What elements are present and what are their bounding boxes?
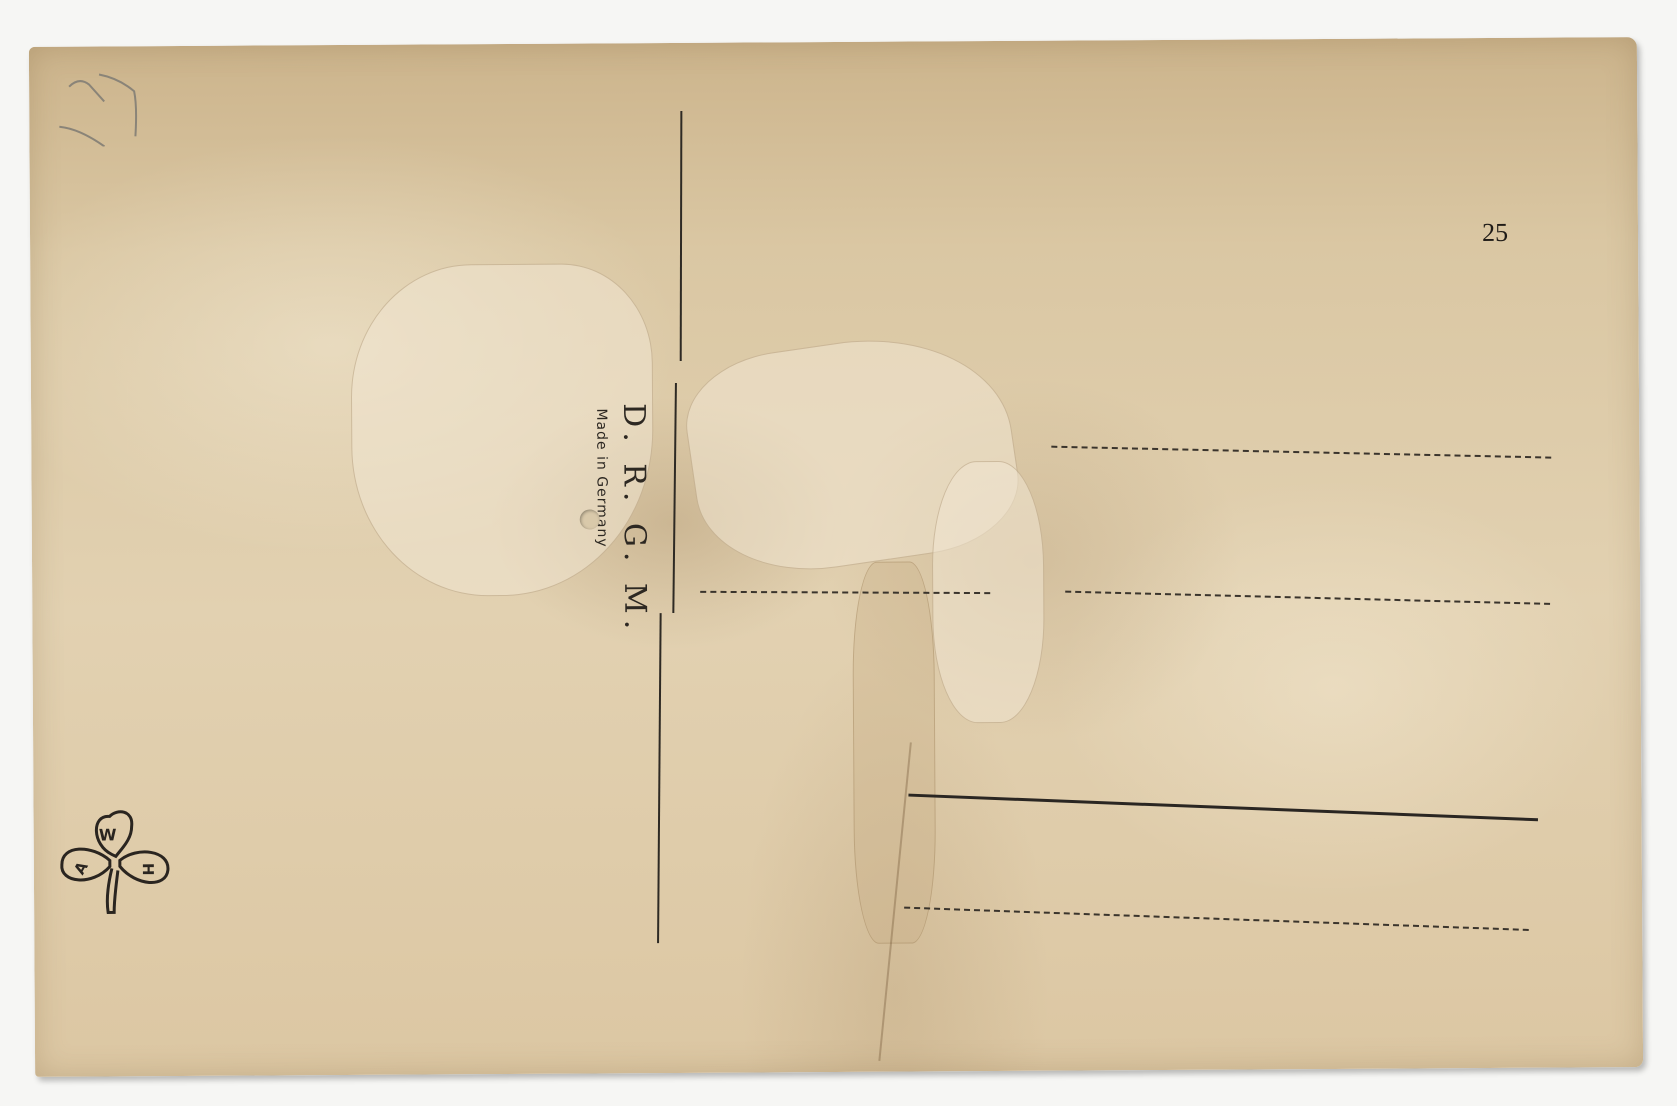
- divider-line: [657, 613, 662, 943]
- drgm-mark: D. R. G. M.: [616, 403, 652, 635]
- publisher-number: 25: [1482, 218, 1508, 248]
- divider-line: [672, 383, 677, 613]
- address-line-4: [904, 907, 1529, 931]
- svg-text:W: W: [99, 825, 117, 844]
- tear-patch: [852, 561, 936, 943]
- address-line-2-left: [700, 591, 990, 594]
- address-line-2-right: [1065, 591, 1550, 605]
- svg-text:H: H: [139, 863, 157, 876]
- shamrock-icon: W A H: [51, 804, 182, 925]
- pencil-annotation-icon: [49, 56, 160, 147]
- address-line-1: [1051, 446, 1551, 459]
- postcard-back: 17 D. R. G. M. Made in Germany 25 W A H: [29, 37, 1643, 1077]
- svg-text:A: A: [70, 858, 92, 877]
- punch-hole: [580, 509, 600, 529]
- address-line-3: [908, 794, 1538, 822]
- divider-line: [680, 111, 683, 361]
